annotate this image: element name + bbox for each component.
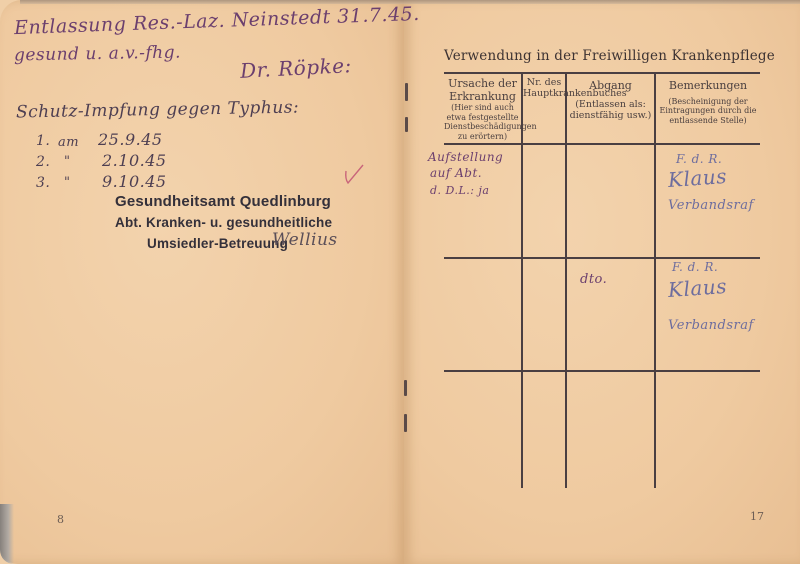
header-main: Abgang (567, 80, 654, 93)
remarks-title: Verbandsraf (668, 198, 754, 213)
column-divider-1 (521, 72, 523, 488)
header-sub: (Entlassen als: dienstfähig usw.) (567, 99, 654, 122)
column-divider-3 (654, 72, 656, 488)
stamp-line-3: Umsiedler-Betreuung (147, 236, 288, 251)
header-main: Nr. des Hauptkrankenbuches (523, 78, 565, 100)
entry-number: 3. (36, 175, 50, 191)
cause-line-1: Aufstellung (428, 150, 503, 164)
book-spread: Entlassung Res.-Laz. Neinstedt 31.7.45. … (0, 0, 800, 564)
stamp-line-2: Abt. Kranken- u. gesundheitliche (115, 215, 332, 230)
page-number-right: 17 (750, 510, 764, 523)
entry-number: 2. (36, 154, 50, 170)
left-page (0, 0, 404, 564)
staple-bottom-1 (404, 380, 407, 396)
table-top-border (444, 72, 760, 74)
entry-prefix: " (64, 154, 70, 169)
cause-line-2: auf Abt. (430, 166, 482, 180)
discharge-line-2: gesund u. a.v.-fhg. (14, 43, 181, 66)
column-header-cause: Ursache der Erkrankung (Hier sind auch e… (444, 78, 521, 142)
check-mark-icon (343, 163, 365, 185)
page-number-left: 8 (57, 513, 64, 526)
staple-bottom-2 (404, 414, 407, 432)
corner-shadow (0, 504, 14, 564)
remarks-signature: Klaus (667, 274, 727, 302)
stamp-line-1: Gesundheitsamt Quedlinburg (115, 193, 331, 210)
column-header-book-number: Nr. des Hauptkrankenbuches (523, 78, 565, 100)
discharge-value: dto. (580, 272, 607, 287)
remarks-title: Verbandsraf (668, 318, 754, 333)
entry-prefix: " (64, 175, 70, 190)
entry-date: 9.10.45 (102, 172, 167, 191)
column-header-remarks: Bemerkungen (Bescheinigung der Eintragun… (656, 80, 760, 125)
header-main: Bemerkungen (656, 80, 760, 93)
header-main: Ursache der Erkrankung (444, 78, 521, 103)
staple-top-2 (405, 117, 408, 132)
entry-number: 1. (36, 133, 50, 149)
header-sub: (Bescheinigung der Eintragungen durch di… (656, 97, 760, 126)
entry-date: 2.10.45 (102, 151, 167, 170)
page-title: Verwendung in der Freiwilligen Krankenpf… (444, 48, 775, 64)
row-1-bottom-border (444, 257, 760, 259)
column-header-discharge: Abgang (Entlassen als: dienstfähig usw.) (567, 80, 654, 121)
entry-date: 25.9.45 (98, 130, 163, 149)
row-2-bottom-border (444, 370, 760, 372)
remarks-certification: F. d. R. (672, 260, 718, 274)
stamp-signature: Wellius (272, 230, 338, 250)
column-divider-2 (565, 72, 567, 488)
cause-line-3: d. D.L.: ja (430, 184, 489, 197)
header-bottom-border (444, 143, 760, 145)
entry-prefix: am (58, 135, 79, 150)
header-sub: (Hier sind auch etwa festgestellte Diens… (444, 103, 521, 141)
remarks-signature: Klaus (667, 164, 727, 192)
staple-top-1 (405, 83, 408, 101)
